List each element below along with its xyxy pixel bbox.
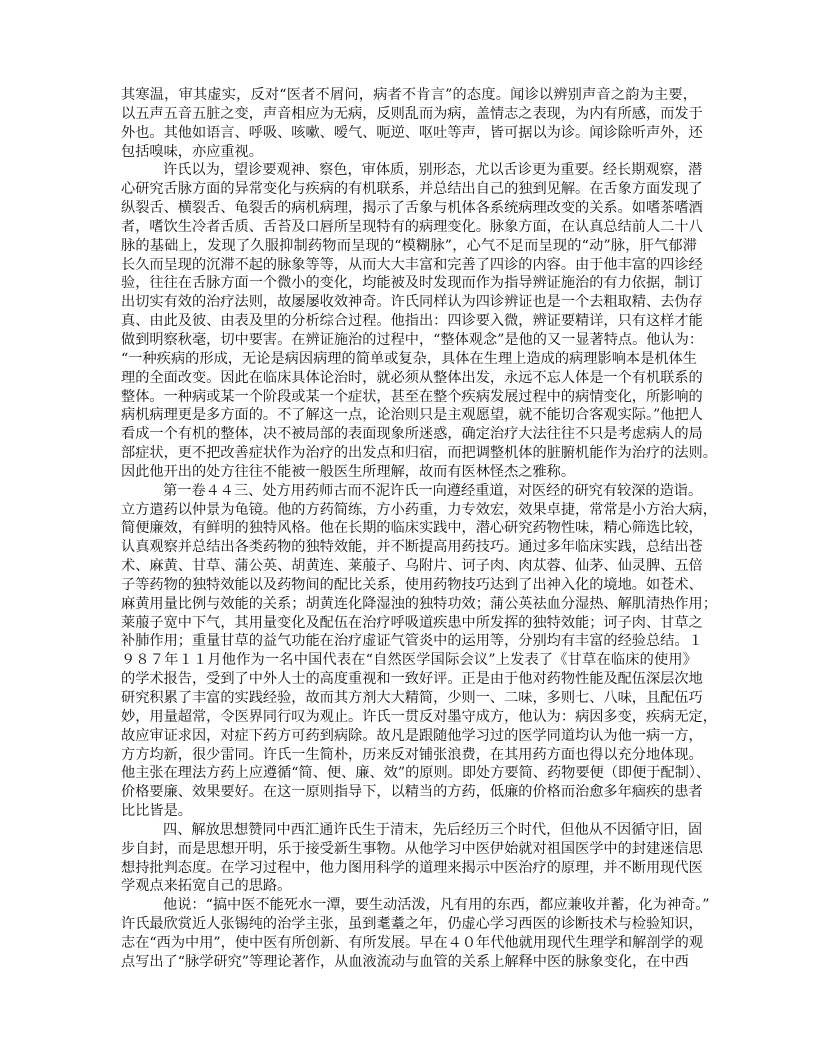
text-line: 部症状，更不把改善症状作为治疗的出发点和归宿，而把调整机体的脏腑机能作为治疗的法… — [121, 444, 697, 463]
text-line: ９８７年１１月他作为一名中国代表在“自然医学国际会议”上发表了《甘草在临床的使用… — [121, 651, 697, 670]
text-line: 脉的基础上，发现了久服抑制药物而呈现的“模糊脉”，心气不足而呈现的“动”脉，肝气… — [121, 237, 697, 256]
text-line: 者，嗜饮生冷者舌质、舌苔及口唇所呈现特有的病理变化。脉象方面，在认真总结前人二十… — [121, 218, 697, 237]
text-line: 妙，用量超常，令医界同行叹为观止。许氏一贯反对墨守成方，他认为：病因多变，疾病无… — [121, 708, 697, 727]
text-line: 志在“西为中用”，使中医有所创新、有所发展。早在４０年代他就用现代生理学和解剖学… — [121, 934, 697, 953]
text-line: 莱菔子宽中下气，其用量变化及配伍在治疗呼吸道疾患中所发挥的独特效能；诃子肉、甘草… — [121, 614, 697, 633]
text-line: 许氏以为，望诊要观神、察色，审体质，别形态，尤以舌诊更为重要。经长期观察，潜 — [121, 161, 697, 180]
paragraph: 他说：“搞中医不能死水一潭，要生动活泼，凡有用的东西，都应兼收并蓄，化为神奇。”… — [121, 896, 697, 971]
text-line: 包括嗅味，亦应重视。 — [121, 143, 697, 162]
text-line: 比比皆是。 — [121, 802, 697, 821]
text-line: 故应审证求因，对症下药方可药到病除。故凡是跟随他学习过的医学同道均认为他一病一方… — [121, 727, 697, 746]
text-line: 点写出了“脉学研究”等理论著作，从血液流动与血管的关系上解释中医的脉象变化，在中… — [121, 953, 697, 972]
text-line: 研究积累了丰富的实践经验，故而其方剂大大精简，少则一、二味，多则七、八味，且配伍… — [121, 689, 697, 708]
text-line: 术、麻黄、甘草、蒲公英、胡黄连、莱菔子、乌附片、诃子肉、肉苁蓉、仙茅、仙灵脾、五… — [121, 557, 697, 576]
text-line: 理的全面改变。因此在临床具体论治时，就必须从整体出发，永远不忘人体是一个有机联系… — [121, 369, 697, 388]
text-line: 出切实有效的治疗法则，故屡屡收效神奇。许氏同样认为四诊辨证也是一个去粗取精、去伪… — [121, 293, 697, 312]
text-line: 他主张在理法方药上应遵循“简、便、廉、效”的原则。即处方要简、药物要便（即便于配… — [121, 764, 697, 783]
text-line: 补肺作用；重量甘草的益气功能在治疗虚证气管炎中的运用等，分别均有丰富的经验总结。… — [121, 632, 697, 651]
paragraph: 四、解放思想赞同中西汇通许氏生于清末，先后经历三个时代，但他从不因循守旧，固步自… — [121, 821, 697, 896]
text-line: 真、由此及彼、由表及里的分析综合过程。他指出：四诊要入微，辨证要精详，只有这样才… — [121, 312, 697, 331]
text-line: 做到明察秋毫，切中要害。在辨证施治的过程中，“整体观念”是他的又一显著特点。他认… — [121, 331, 697, 350]
text-line: 价格要廉、效果要好。在这一原则指导下，以精当的方药，低廉的价格而治愈多年痼疾的患… — [121, 783, 697, 802]
text-line: 简便廉效，有鲜明的独特风格。他在长期的临床实践中，潜心研究药物性味，精心筛选比较… — [121, 519, 697, 538]
text-line: 纵裂舌、横裂舌、龟裂舌的病机病理，揭示了舌象与机体各系统病理改变的关系。如嗜茶嗜… — [121, 199, 697, 218]
paragraph: 第一卷４４三、处方用药师古而不泥许氏一向遵经重道，对医经的研究有较深的造诣。立方… — [121, 482, 697, 821]
paragraph: 许氏以为，望诊要观神、察色，审体质，别形态，尤以舌诊更为重要。经长期观察，潜心研… — [121, 161, 697, 481]
text-line: 因此他开出的处方往往不能被一般医生所理解，故而有医林怪杰之雅称。 — [121, 463, 697, 482]
text-line: 他说：“搞中医不能死水一潭，要生动活泼，凡有用的东西，都应兼收并蓄，化为神奇。” — [121, 896, 697, 915]
text-line: 长久而呈现的沉滞不起的脉象等等，从而大大丰富和完善了四诊的内容。由于他丰富的四诊… — [121, 256, 697, 275]
text-line: 的学术报告，受到了中外人士的高度重视和一致好评。正是由于他对药物性能及配伍深层次… — [121, 670, 697, 689]
text-line: 验，往往在舌脉方面一个微小的变化，均能被及时发现而作为指导辨证施治的有力依据，制… — [121, 274, 697, 293]
text-line: 外也。其他如语言、呼吸、咳嗽、嗳气、呃逆、呕吐等声，皆可据以为诊。闻诊除听声外，… — [121, 124, 697, 143]
document-page: 其寒温，审其虚实，反对“医者不屑问，病者不肯言”的态度。闻诊以辨别声音之韵为主要… — [121, 86, 697, 972]
text-line: 子等药物的独特效能以及药物间的配比关系，使用药物技巧达到了出神入化的境地。如苍术… — [121, 576, 697, 595]
text-line: 心研究舌脉方面的异常变化与疾病的有机联系，并总结出自己的独到见解。在舌象方面发现… — [121, 180, 697, 199]
text-line: 步自封，而是思想开明，乐于接受新生事物。从他学习中医伊始就对祖国医学中的封建迷信… — [121, 840, 697, 859]
text-line: “一种疾病的形成，无论是病因病理的简单或复杂，具体在生理上造成的病理影响本是机体… — [121, 350, 697, 369]
text-line: 想持批判态度。在学习过程中，他力图用科学的道理来揭示中医治疗的原理，并不断用现代… — [121, 859, 697, 878]
text-line: 整体。一种病或某一个阶段或某一个症状，甚至在整个疾病发展过程中的病情变化，所影响… — [121, 388, 697, 407]
text-line: 病机病理更是多方面的。不了解这一点，论治则只是主观愿望，就不能切合客观实际。”他… — [121, 406, 697, 425]
text-line: 麻黄用量比例与效能的关系；胡黄连化降湿浊的独特功效；蒲公英祛血分湿热、解肌清热作… — [121, 595, 697, 614]
paragraph: 其寒温，审其虚实，反对“医者不屑问，病者不肯言”的态度。闻诊以辨别声音之韵为主要… — [121, 86, 697, 161]
text-line: 学观点来拓宽自己的思路。 — [121, 877, 697, 896]
text-line: 许氏最欣赏近人张锡纯的治学主张，虽到耄耋之年，仍虚心学习西医的诊断技术与检验知识… — [121, 915, 697, 934]
text-line: 看成一个有机的整体，决不被局部的表面现象所迷惑，确定治疗大法往往不只是考虑病人的… — [121, 425, 697, 444]
text-line: 第一卷４４三、处方用药师古而不泥许氏一向遵经重道，对医经的研究有较深的造诣。 — [121, 482, 697, 501]
text-line: 认真观察并总结出各类药物的独特效能，并不断提高用药技巧。通过多年临床实践，总结出… — [121, 538, 697, 557]
text-line: 立方遣药以仲景为龟镜。他的方药简练，方小药重，力专效宏，效果卓捷，常常是小方治大… — [121, 501, 697, 520]
text-line: 其寒温，审其虚实，反对“医者不屑问，病者不肯言”的态度。闻诊以辨别声音之韵为主要… — [121, 86, 697, 105]
text-line: 方方均新，很少雷同。许氏一生简朴，历来反对铺张浪费，在其用药方面也得以充分地体现… — [121, 746, 697, 765]
text-line: 以五声五音五脏之变，声音相应为无病，反则乱而为病，盖情志之表现，为内有所感，而发… — [121, 105, 697, 124]
text-line: 四、解放思想赞同中西汇通许氏生于清末，先后经历三个时代，但他从不因循守旧，固 — [121, 821, 697, 840]
